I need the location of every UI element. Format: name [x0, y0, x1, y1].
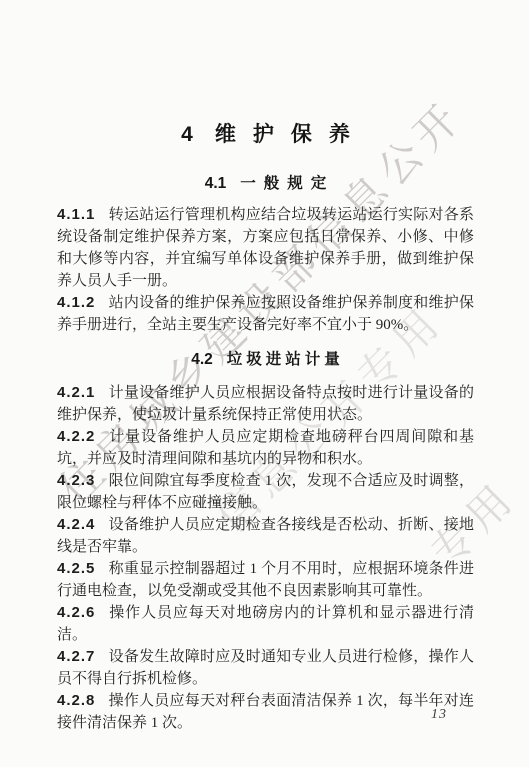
chapter-heading: 4维护保养	[57, 123, 474, 147]
clause-text: 设备发生故障时应及时通知专业人员进行检修，操作人员不得自行拆机检修。	[57, 649, 474, 687]
section-number: 4.2	[191, 351, 213, 368]
chapter-number: 4	[181, 123, 193, 146]
clause-4-2-2: 4.2.2计量设备维护人员应定期检查地磅秤台四周间隙和基坑，并应及时清理间隙和基…	[57, 426, 474, 470]
clause-text: 限位间隙宜每季度检查 1 次，发现不合适应及时调整，限位螺栓与秤体不应碰撞接触。	[57, 473, 474, 511]
clause-number: 4.2.5	[57, 560, 95, 577]
clause-4-2-1: 4.2.1计量设备维护人员应根据设备特点按时进行计量设备的维护保养，使垃圾计量系…	[57, 382, 474, 426]
document-page: 住房城乡建设部信息公开 信息公开专用 专用 4维护保养 4.1一般规定 4.1.…	[0, 0, 529, 767]
chapter-title: 维护保养	[215, 123, 367, 146]
clause-text: 转运站运行管理机构应结合垃圾转运站运行实际对各系统设备制定维护保养方案，方案应包…	[57, 207, 474, 289]
clause-text: 计量设备维护人员应根据设备特点按时进行计量设备的维护保养，使垃圾计量系统保持正常…	[57, 385, 474, 423]
clause-number: 4.2.3	[57, 472, 95, 489]
clause-number: 4.2.2	[57, 428, 95, 445]
clause-text: 站内设备的维护保养应按照设备维护保养制度和维护保养手册进行，全站主要生产设备完好…	[57, 295, 474, 333]
clause-4-1-2: 4.1.2站内设备的维护保养应按照设备维护保养制度和维护保养手册进行，全站主要生…	[57, 292, 474, 336]
clause-4-2-3: 4.2.3限位间隙宜每季度检查 1 次，发现不合适应及时调整，限位螺栓与秤体不应…	[57, 470, 474, 514]
clause-4-2-8: 4.2.8操作人员应每天对秤台表面清洁保养 1 次，每半年对连接件清洁保养 1 …	[57, 690, 474, 734]
clause-text: 操作人员应每天对秤台表面清洁保养 1 次，每半年对连接件清洁保养 1 次。	[57, 693, 474, 731]
section-heading-4-1: 4.1一般规定	[57, 175, 474, 193]
clause-number: 4.1.2	[57, 294, 95, 311]
clause-text: 称重显示控制器超过 1 个月不用时，应根据环境条件进行通电检查，以免受潮或受其他…	[57, 561, 474, 599]
section-number: 4.1	[205, 175, 227, 192]
clause-text: 操作人员应每天对地磅房内的计算机和显示器进行清洁。	[57, 605, 474, 643]
clause-4-2-5: 4.2.5称重显示控制器超过 1 个月不用时，应根据环境条件进行通电检查，以免受…	[57, 558, 474, 602]
clause-number: 4.2.8	[57, 692, 95, 709]
clause-4-2-4: 4.2.4设备维护人员应定期检查各接线是否松动、折断、接地线是否牢靠。	[57, 514, 474, 558]
clause-number: 4.1.1	[57, 206, 95, 223]
section-heading-4-2: 4.2垃圾进站计量	[57, 351, 474, 369]
clause-text: 设备维护人员应定期检查各接线是否松动、折断、接地线是否牢靠。	[57, 517, 474, 555]
section-title: 一般规定	[240, 175, 334, 192]
clause-4-2-6: 4.2.6操作人员应每天对地磅房内的计算机和显示器进行清洁。	[57, 602, 474, 646]
page-content: 4维护保养 4.1一般规定 4.1.1转运站运行管理机构应结合垃圾转运站运行实际…	[57, 0, 474, 767]
clause-4-1-1: 4.1.1转运站运行管理机构应结合垃圾转运站运行实际对各系统设备制定维护保养方案…	[57, 204, 474, 292]
clause-number: 4.2.4	[57, 516, 95, 533]
clause-number: 4.2.1	[57, 384, 95, 401]
clause-4-2-7: 4.2.7设备发生故障时应及时通知专业人员进行检修，操作人员不得自行拆机检修。	[57, 646, 474, 690]
section-title: 垃圾进站计量	[227, 351, 344, 368]
clause-text: 计量设备维护人员应定期检查地磅秤台四周间隙和基坑，并应及时清理间隙和基坑内的异物…	[57, 429, 474, 467]
clause-number: 4.2.6	[57, 604, 95, 621]
clause-number: 4.2.7	[57, 648, 95, 665]
